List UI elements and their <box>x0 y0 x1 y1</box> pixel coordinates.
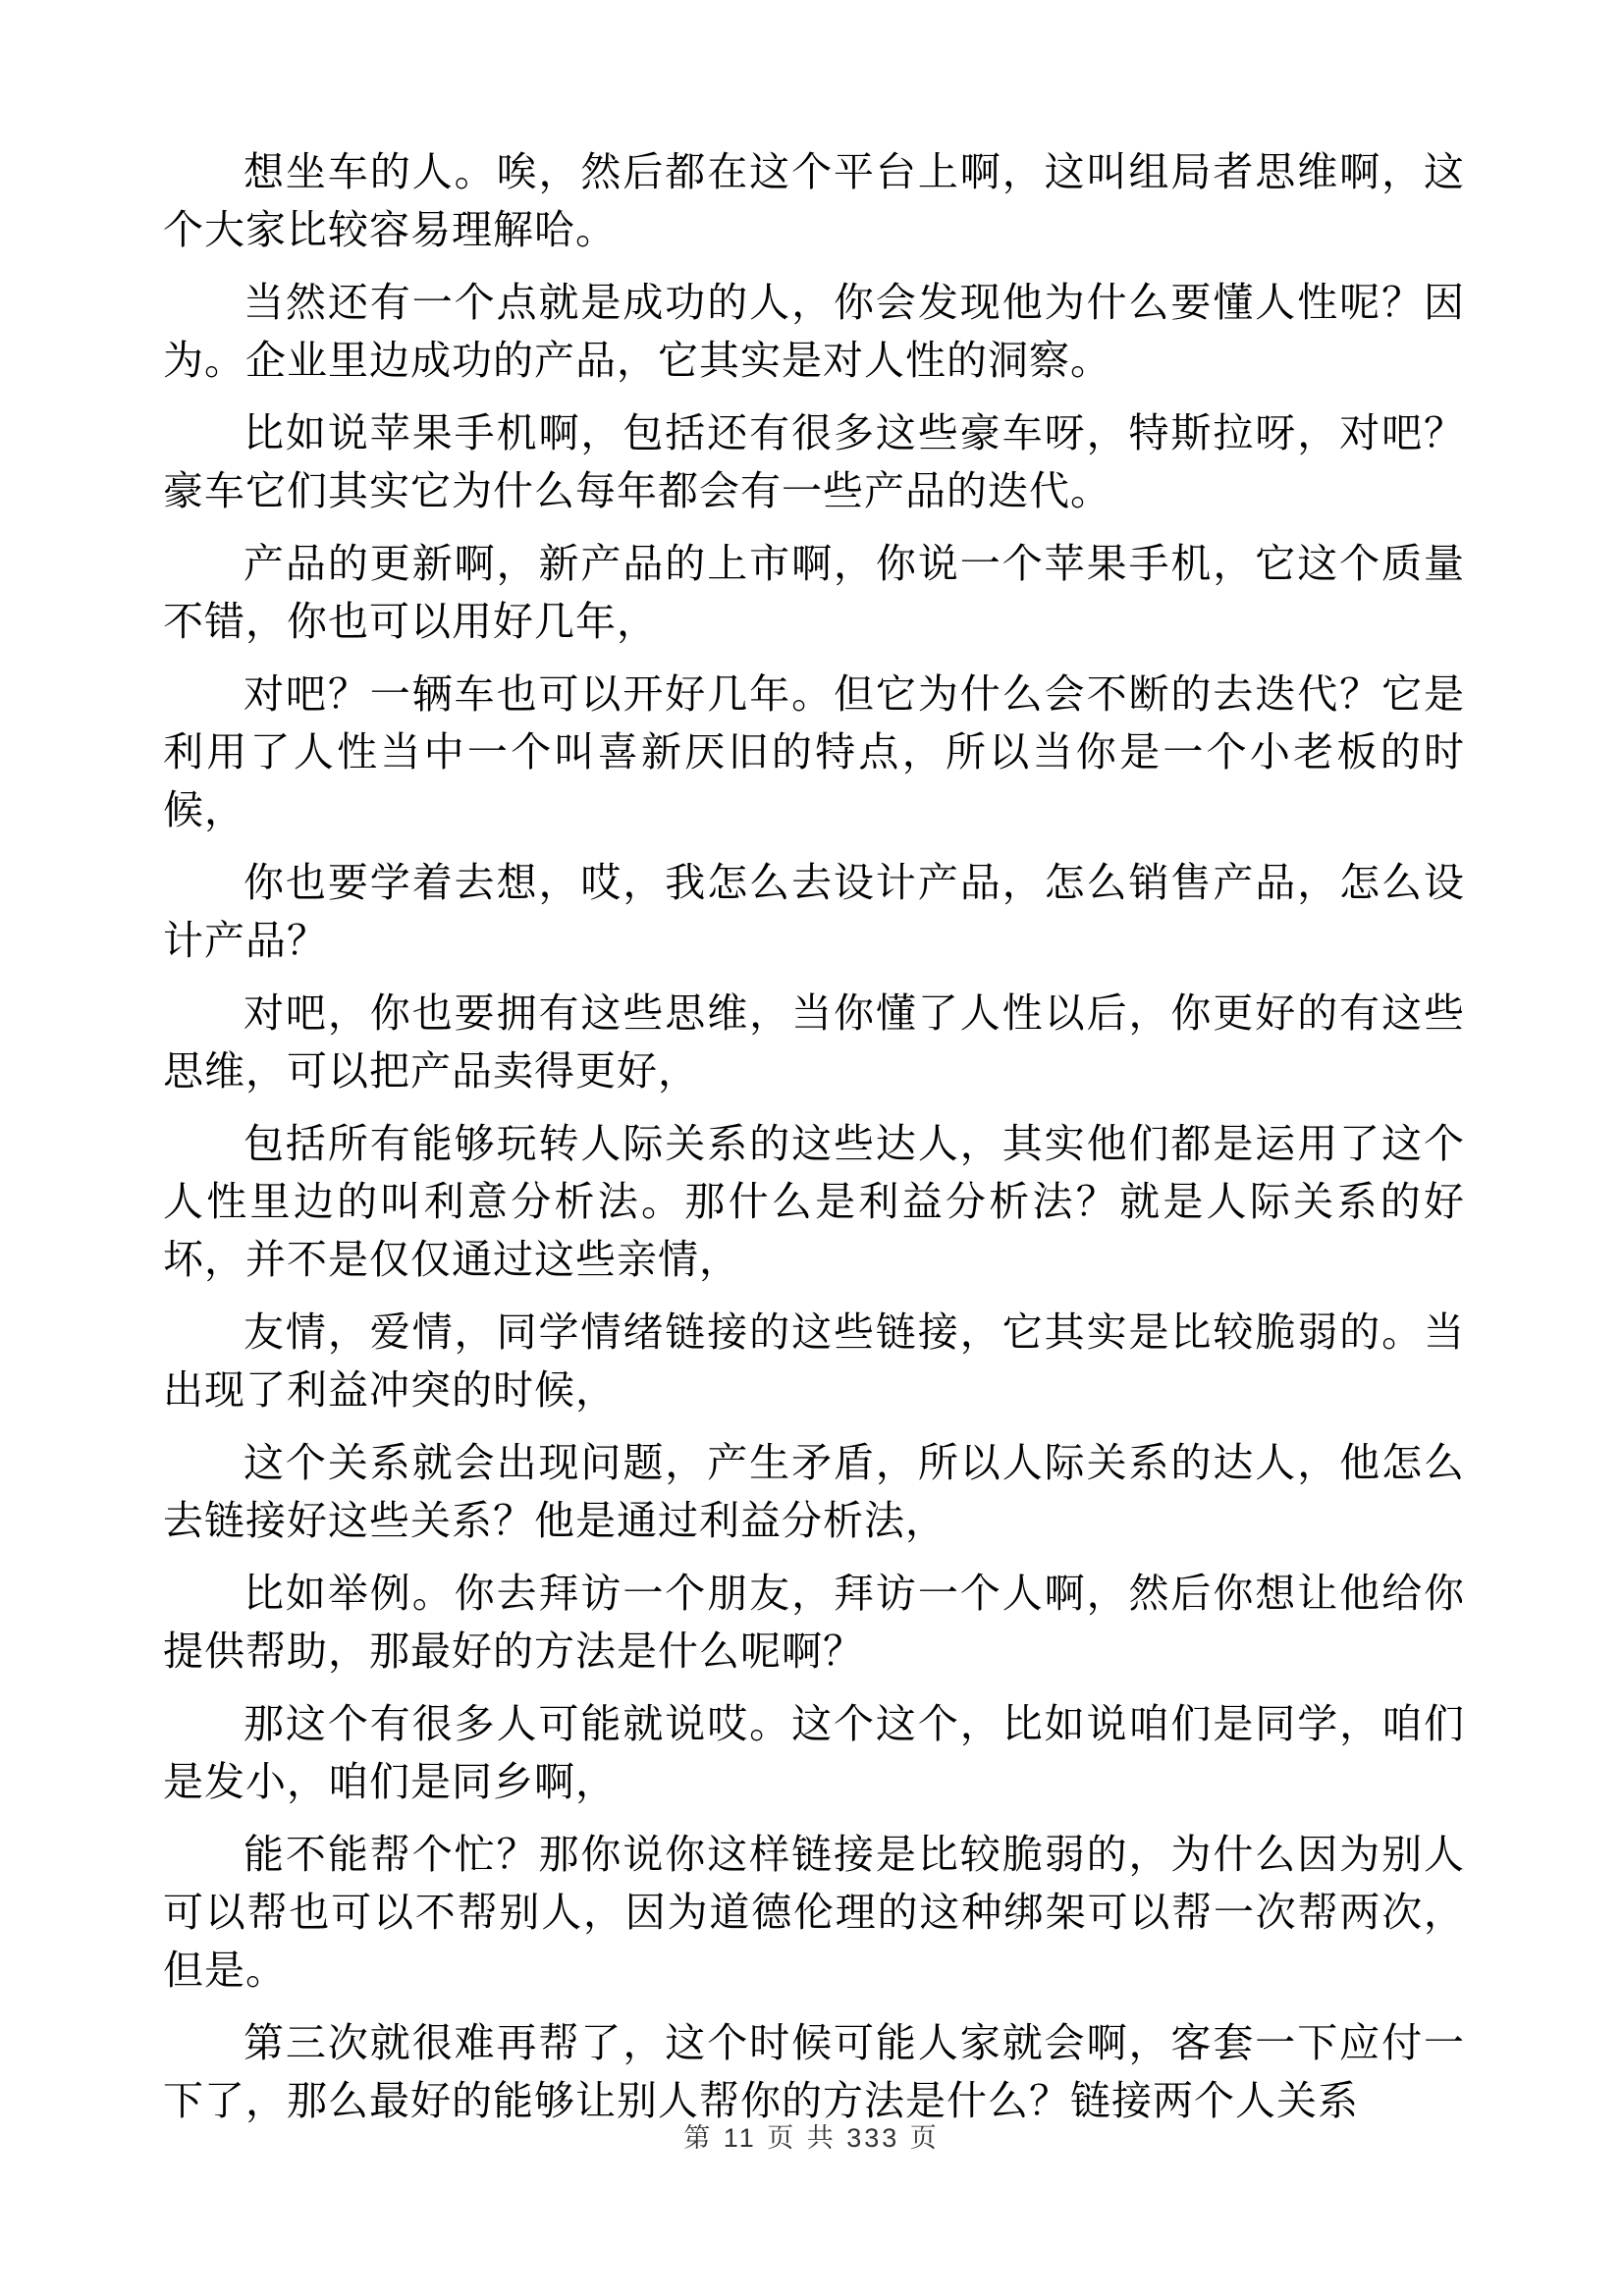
paragraph: 比如举例。你去拜访一个朋友，拜访一个人啊，然后你想让他给你提供帮助，那最好的方法… <box>163 1565 1465 1681</box>
document-page: 想坐车的人。唉，然后都在这个平台上啊，这叫组局者思维啊，这个大家比较容易理解哈。… <box>0 0 1623 2296</box>
paragraph: 那这个有很多人可能就说哎。这个这个，比如说咱们是同学，咱们是发小，咱们是同乡啊， <box>163 1695 1465 1811</box>
paragraph: 友情，爱情，同学情绪链接的这些链接，它其实是比较脆弱的。当出现了利益冲突的时候， <box>163 1304 1465 1419</box>
paragraph: 想坐车的人。唉，然后都在这个平台上啊，这叫组局者思维啊，这个大家比较容易理解哈。 <box>163 143 1465 259</box>
paragraph: 包括所有能够玩转人际关系的这些达人，其实他们都是运用了这个人性里边的叫利意分析法… <box>163 1115 1465 1289</box>
paragraph: 当然还有一个点就是成功的人，你会发现他为什么要懂人性呢？因为。企业里边成功的产品… <box>163 274 1465 390</box>
paragraph: 能不能帮个忙？那你说你这样链接是比较脆弱的，为什么因为别人可以帮也可以不帮别人，… <box>163 1826 1465 2000</box>
paragraph: 对吧？一辆车也可以开好几年。但它为什么会不断的去迭代？它是利用了人性当中一个叫喜… <box>163 666 1465 839</box>
paragraph: 第三次就很难再帮了，这个时候可能人家就会啊，客套一下应付一下了，那么最好的能够让… <box>163 2014 1465 2130</box>
page-footer: 第 11 页 共 333 页 <box>0 2116 1623 2155</box>
paragraph: 这个关系就会出现问题，产生矛盾，所以人际关系的达人，他怎么去链接好这些关系？他是… <box>163 1434 1465 1550</box>
paragraph: 比如说苹果手机啊，包括还有很多这些豪车呀，特斯拉呀，对吧？豪车它们其实它为什么每… <box>163 404 1465 520</box>
paragraph: 对吧，你也要拥有这些思维，当你懂了人性以后，你更好的有这些思维，可以把产品卖得更… <box>163 985 1465 1100</box>
paragraph: 你也要学着去想，哎，我怎么去设计产品，怎么销售产品，怎么设计产品？ <box>163 854 1465 970</box>
paragraph: 产品的更新啊，新产品的上市啊，你说一个苹果手机，它这个质量不错，你也可以用好几年… <box>163 535 1465 651</box>
document-body: 想坐车的人。唉，然后都在这个平台上啊，这叫组局者思维啊，这个大家比较容易理解哈。… <box>163 143 1465 2145</box>
